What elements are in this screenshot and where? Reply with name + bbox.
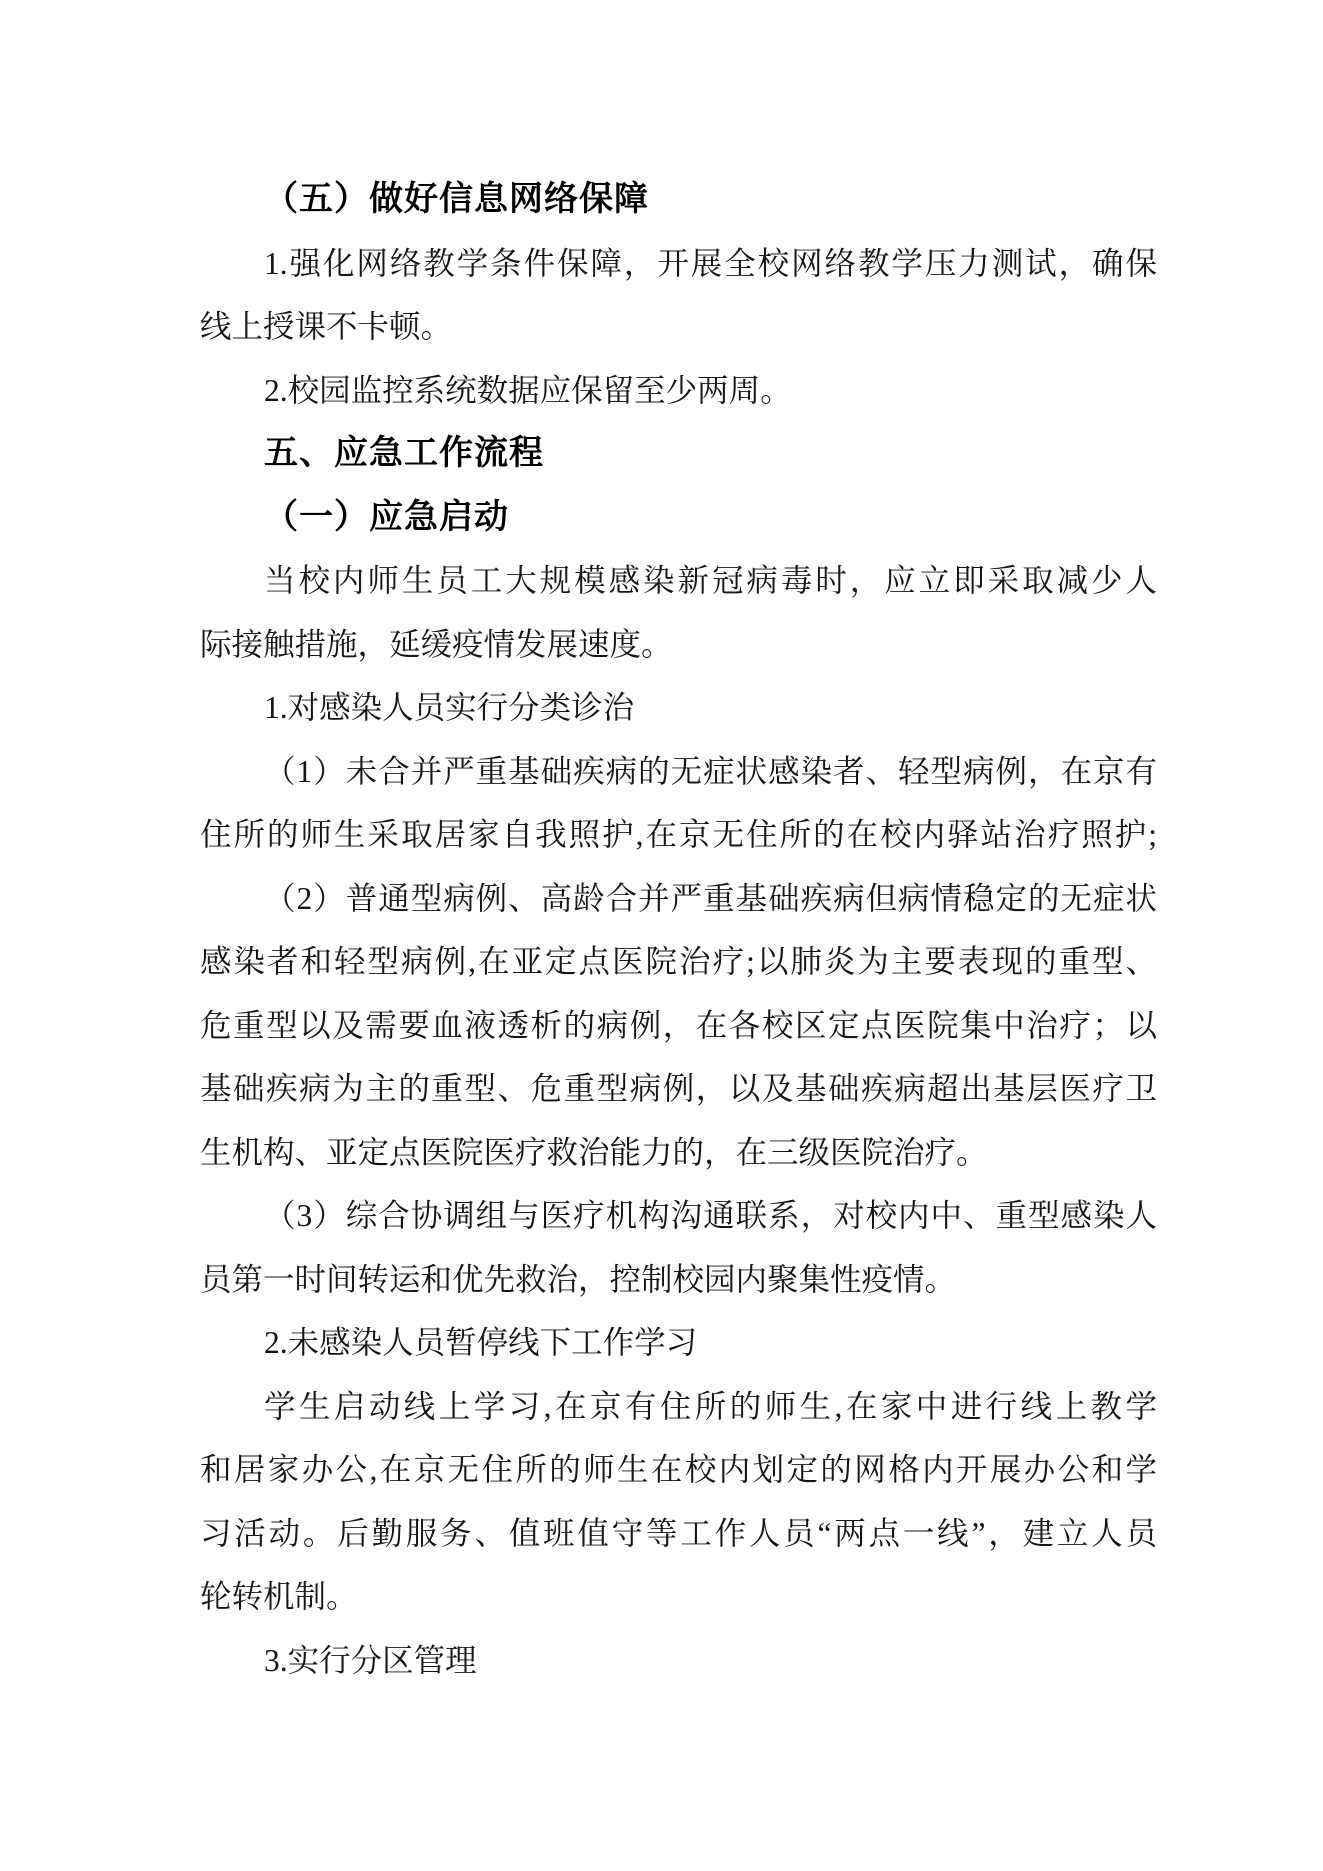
body-line: 1.强化网络教学条件保障，开展全校网络教学压力测试，确保 [200, 232, 1157, 296]
body-line: 生机构、亚定点医院医疗救治能力的，在三级医院治疗。 [200, 1121, 1157, 1185]
body-line: 当校内师生员工大规模感染新冠病毒时，应立即采取减少人 [200, 549, 1157, 613]
heading-line: （五）做好信息网络保障 [200, 168, 1157, 232]
body-line: 2.未感染人员暂停线下工作学习 [200, 1311, 1157, 1375]
body-line: 员第一时间转运和优先救治，控制校园内聚集性疫情。 [200, 1248, 1157, 1312]
body-line: 2.校园监控系统数据应保留至少两周。 [200, 359, 1157, 423]
body-line: 学生启动线上学习,在京有住所的师生,在家中进行线上教学 [200, 1375, 1157, 1439]
body-line: 轮转机制。 [200, 1565, 1157, 1629]
body-line: （1）未合并严重基础疾病的无症状感染者、轻型病例，在京有 [200, 740, 1157, 804]
heading-line: （一）应急启动 [200, 486, 1157, 550]
body-line: 3.实行分区管理 [200, 1629, 1157, 1693]
body-line: （2）普通型病例、高龄合并严重基础疾病但病情稳定的无症状 [200, 867, 1157, 931]
body-line: 和居家办公,在京无住所的师生在校内划定的网格内开展办公和学 [200, 1438, 1157, 1502]
body-line: 习活动。后勤服务、值班值守等工作人员“两点一线”，建立人员 [200, 1502, 1157, 1566]
body-line: 基础疾病为主的重型、危重型病例，以及基础疾病超出基层医疗卫 [200, 1057, 1157, 1121]
body-line: 际接触措施，延缓疫情发展速度。 [200, 613, 1157, 677]
body-line: 1.对感染人员实行分类诊治 [200, 676, 1157, 740]
text-block: （五）做好信息网络保障1.强化网络教学条件保障，开展全校网络教学压力测试，确保线… [200, 168, 1157, 1692]
document-page: （五）做好信息网络保障1.强化网络教学条件保障，开展全校网络教学压力测试，确保线… [0, 0, 1323, 1871]
body-line: 住所的师生采取居家自我照护,在京无住所的在校内驿站治疗照护; [200, 803, 1157, 867]
heading-line: 五、应急工作流程 [200, 422, 1157, 486]
body-line: （3）综合协调组与医疗机构沟通联系，对校内中、重型感染人 [200, 1184, 1157, 1248]
body-line: 线上授课不卡顿。 [200, 295, 1157, 359]
body-line: 危重型以及需要血液透析的病例，在各校区定点医院集中治疗；以 [200, 994, 1157, 1058]
body-line: 感染者和轻型病例,在亚定点医院治疗;以肺炎为主要表现的重型、 [200, 930, 1157, 994]
